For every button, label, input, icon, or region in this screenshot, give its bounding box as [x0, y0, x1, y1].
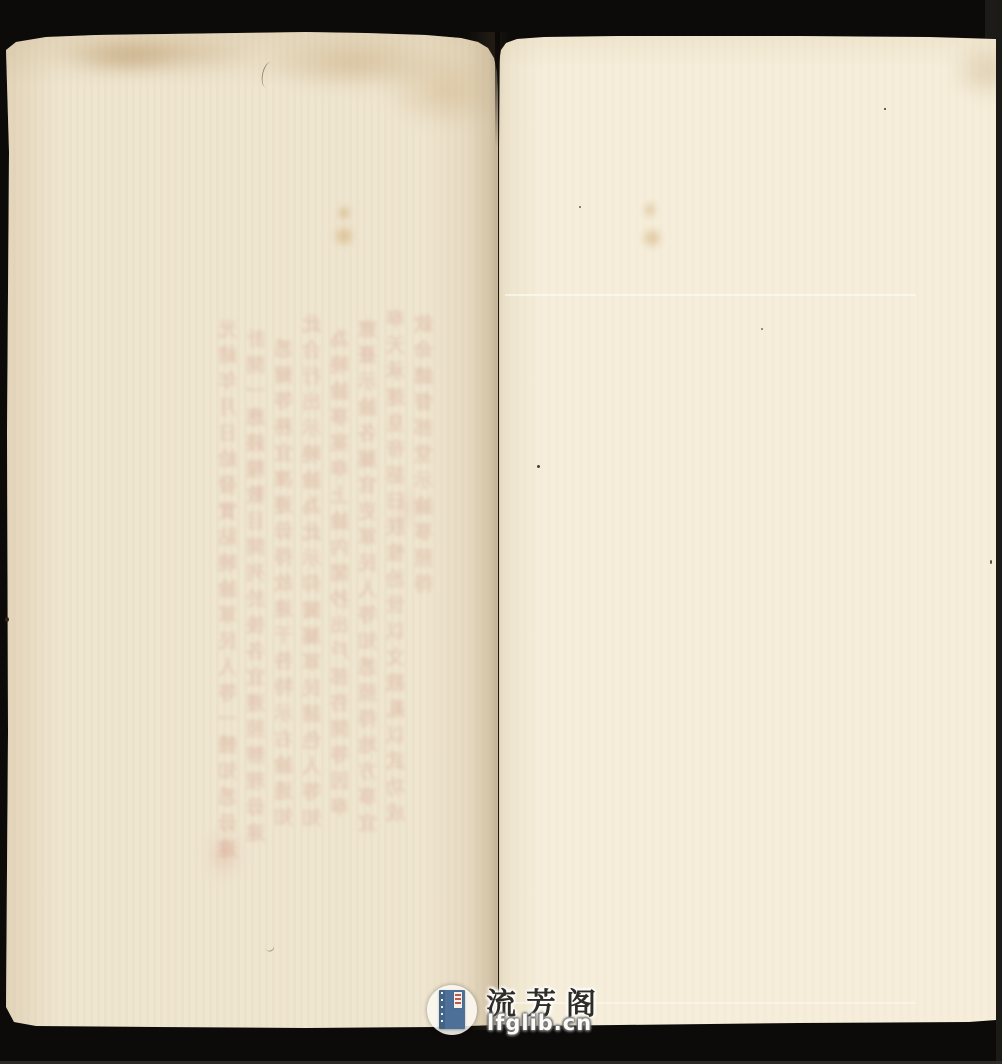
- watermark-badge: [427, 985, 477, 1035]
- book-title-label: [454, 992, 462, 1008]
- top-edge-stain: [380, 50, 510, 130]
- bleedthrough-column: 為曉諭事案奉上諭內閣抄出戶部咨開等因奉: [328, 329, 354, 849]
- bleedthrough-smudge: [395, 491, 417, 525]
- paper-speck: [537, 465, 540, 468]
- bleedthrough-column: 光緒年月日給發實貼曉諭軍民人等一體知悉毋違: [216, 319, 242, 879]
- right-page: [499, 36, 996, 1026]
- top-edge-stain: [70, 40, 180, 74]
- bleedthrough-column: 此合行出示曉諭為此示仰闔屬軍民諸色人等知: [300, 314, 326, 874]
- book-stitch-dots: [441, 992, 443, 1027]
- left-page: 欽命總督部堂示諭事照得 奉天承運皇帝詔曰朕惟治世以文戡亂以武功成 憲臺示諭各屬官…: [6, 32, 498, 1030]
- bleedthrough-column: 計開一應錢糧數目開列於後各宜遵照辦理毋違: [244, 329, 270, 859]
- fox-spot: [332, 224, 356, 248]
- paper-speck: [761, 328, 763, 330]
- bleedthrough-column: 奉天承運皇帝詔曰朕惟治世以文戡亂以武功成: [384, 309, 410, 869]
- book-title-label-text: [455, 994, 461, 1006]
- fox-spot: [642, 200, 658, 220]
- paper-speck: [579, 206, 581, 208]
- watermark-site-url: lfglib.cn: [487, 1011, 592, 1035]
- site-watermark: 流芳阁 lfglib.cn: [427, 983, 627, 1041]
- thread-bound-book-icon: [439, 990, 465, 1029]
- undersheet-impression: [505, 294, 916, 1004]
- paper-speck: [990, 560, 992, 564]
- bleedthrough-column: 欽命總督部堂示諭事照得: [412, 314, 438, 614]
- fox-spot: [640, 226, 664, 250]
- scanned-book-spread: 欽命總督部堂示諭事照得 奉天承運皇帝詔曰朕惟治世以文戡亂以武功成 憲臺示諭各屬官…: [0, 0, 1002, 1064]
- bleedthrough-column: 悉爾等務宜凜遵毋得故違干咎特示右諭通知: [272, 339, 298, 839]
- paper-fiber: [262, 939, 276, 954]
- corner-stain: [951, 42, 1002, 100]
- top-edge-stain: [260, 34, 450, 92]
- top-edge-stain: [40, 32, 260, 74]
- paper-fiber: [259, 61, 278, 89]
- fox-spot: [336, 204, 352, 222]
- paper-speck: [884, 108, 886, 110]
- bleedthrough-column: 憲臺示諭各屬官吏軍民人等知悉照得地方事宜: [356, 319, 382, 859]
- bleedthrough-smudge: [206, 829, 242, 879]
- scanner-right-edge: [996, 0, 1002, 1064]
